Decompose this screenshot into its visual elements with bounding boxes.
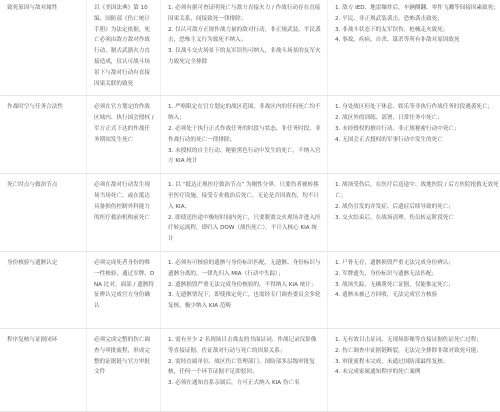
criteria-item: 2. 仅认可敌方正规作战力量的敌对行动，非正规武装、平民袭击、恐怖主义行为致死不… — [168, 25, 322, 47]
exclusion-item: 1. 战场受伤后，在医疗后送途中、战地医院 / 后方医院抢救无效死亡； — [335, 180, 500, 202]
exclusion-item: 1. 敌方 IED、地雷爆炸后，车辆侧翻、零件飞溅等间接因素致死； — [335, 3, 500, 14]
exclusion-item: 3. 交火结束后，在战场清理、伤员转运阶段死亡 — [335, 213, 500, 224]
exclusion-item: 3. 非战斗状态下的友军误伤、枪械走火致死； — [335, 25, 500, 36]
criteria-item: 3. 仅战斗交火场景下的友军误伤可纳入，非战斗场景的友军火力致死完全排除 — [168, 46, 322, 68]
exclusion-item: 2. 战伤引发的并发症、后遗症后续导致的死亡； — [335, 202, 500, 213]
criteria-item: 1. 以 “抵达正规医疗救治节点” 为刚性分界，只要伤者被转移至医疗设施，接受专… — [168, 180, 322, 212]
kia-criteria-table: 致死原因与敌对属性 以《美国法典》第 10 编、国防部《伤亡统计手册》为法定依据… — [0, 0, 500, 319]
criteria-cell: 1. 必须有据可查证明死亡与敌方直接火力 / 作战行动存在直接因果关系，间接致死… — [161, 0, 328, 96]
table-body: 致死原因与敌对属性 以《美国法典》第 10 编、国防部《伤亡统计手册》为法定依据… — [0, 0, 500, 319]
requirement-cell: 必须完成死者身份的唯一性核验，通过军牌、DNA 比对、面部 / 遗骸特征辨认完成… — [87, 251, 161, 319]
exclusion-item: 2. 战区外的训练、部署、日常任务中死亡； — [335, 113, 500, 124]
exclusion-item: 1. 尸骨无存，遗骸损毁严重无法完成身份辨认； — [335, 258, 500, 269]
dimension-cell: 死亡时点与救治节点 — [0, 174, 87, 252]
table-row: 作战时空与任务合法性 必须在官方划定的作战区域内、执行国会授权 / 军方正式下达… — [0, 96, 500, 174]
table-row: 身份核验与遗骸认定 必须完成死者身份的唯一性核验，通过军牌、DNA 比对、面部 … — [0, 251, 500, 319]
table-row: 致死原因与敌对属性 以《美国法典》第 10 编、国防部《伤亡统计手册》为法定依据… — [0, 0, 500, 96]
kia-criteria-table-container: 致死原因与敌对属性 以《美国法典》第 10 编、国防部《伤亡统计手册》为法定依据… — [0, 0, 497, 319]
exclusion-item: 4. 事故、疾病、自杀、谋杀等所有非敌对原因致死 — [335, 35, 500, 46]
dimension-cell: 作战时空与任务合法性 — [0, 96, 87, 174]
dimension-cell: 致死原因与敌对属性 — [0, 0, 87, 96]
criteria-item: 3. 未授权的自主行动、秘密黑色行动中发生的死亡，不纳入官方 KIA 统计 — [168, 146, 322, 168]
criteria-item: 1. 必须有可核验的遗骸与身份标识匹配，无遗骸、身份标识与遗骸分离的，一律先归入… — [168, 258, 322, 280]
criteria-item: 2. 即使送医途中极短时间内死亡，只要脱离交火现场并进入医疗转运流程，即归入 D… — [168, 213, 322, 245]
exclusion-item: 4. 遗骸未被己方回收，无法完成官方核验 — [335, 290, 500, 301]
requirement-cell: 以《美国法典》第 10 编、国防部《伤亡统计手册》为法定依据，死亡必须由敌方敌对… — [87, 0, 161, 96]
exclusions-cell: 1. 战场受伤后，在医疗后送途中、战地医院 / 后方医院抢救无效死亡； 2. 战… — [328, 174, 500, 252]
criteria-cell: 1. 严格限定在官方划定的战区范围，非战区内的任何死亡均不纳入； 2. 必须处于… — [161, 96, 328, 174]
exclusion-item: 2. 军牌遗失，身份标识与遗骸无法匹配； — [335, 269, 500, 280]
table-row: 死亡时点与救治节点 必须在敌对行动发生现场当场死亡，或在抵达具备损伤控制外科能力… — [0, 174, 500, 252]
requirement-cell: 必须在敌对行动发生现场当场死亡，或在抵达具备损伤控制外科能力的医疗救治机构前死亡 — [87, 174, 161, 252]
exclusion-item: 1. 身处战区但处于休息、娱乐等非执行作战任务时段遇袭死亡； — [335, 102, 500, 113]
criteria-item: 2. 必须处于执行正式作战任务的时段与状态，非任务时段、非作战行动的死亡一律排除… — [168, 124, 322, 146]
criteria-cell: 1. 以 “抵达正规医疗救治节点” 为刚性分界，只要伤者被转移至医疗设施，接受专… — [161, 174, 328, 252]
exclusions-cell: 1. 敌方 IED、地雷爆炸后，车辆侧翻、零件飞溅等间接因素致死； 2. 平民、… — [328, 0, 500, 96]
exclusion-item: 4. 无国会正式授权的军事行动中发生的死亡 — [335, 135, 500, 146]
criteria-item: 1. 严格限定在官方划定的战区范围，非战区内的任何死亡均不纳入； — [168, 102, 322, 124]
exclusions-cell: 1. 身处战区但处于休息、娱乐等非执行作战任务时段遇袭死亡； 2. 战区外的训练… — [328, 96, 500, 174]
dimension-cell: 身份核验与遗骸认定 — [0, 251, 87, 319]
criteria-item: 1. 必须有据可查证明死亡与敌方直接火力 / 作战行动存在直接因果关系，间接致死… — [168, 3, 322, 25]
requirement-cell: 必须在官方划定的作战区域内、执行国会授权 / 军方正式下达的作战任务期间发生死亡 — [87, 96, 161, 174]
criteria-item: 2. 遗骸损毁严重无法完成身份核验的，不得纳入 KIA 统计； — [168, 280, 322, 291]
criteria-item: 3. 无遗骸情况下，即使推定死亡，也需经专门调查委员会多轮复核，极少纳入 KIA… — [168, 290, 322, 312]
exclusion-item: 3. 未经授权的擅自行动、非正规秘密行动中死亡； — [335, 124, 500, 135]
exclusions-cell: 1. 尸骨无存，遗骸损毁严重无法完成身份辨认； 2. 军牌遗失，身份标识与遗骸无… — [328, 251, 500, 319]
exclusion-item: 2. 平民、非正规武装袭击、恐怖袭击致死； — [335, 14, 500, 25]
criteria-cell: 1. 必须有可核验的遗骸与身份标识匹配，无遗骸、身份标识与遗骸分离的，一律先归入… — [161, 251, 328, 319]
exclusion-item: 3. 战场失踪，无确凿死亡证据，仅能推定死亡； — [335, 280, 500, 291]
